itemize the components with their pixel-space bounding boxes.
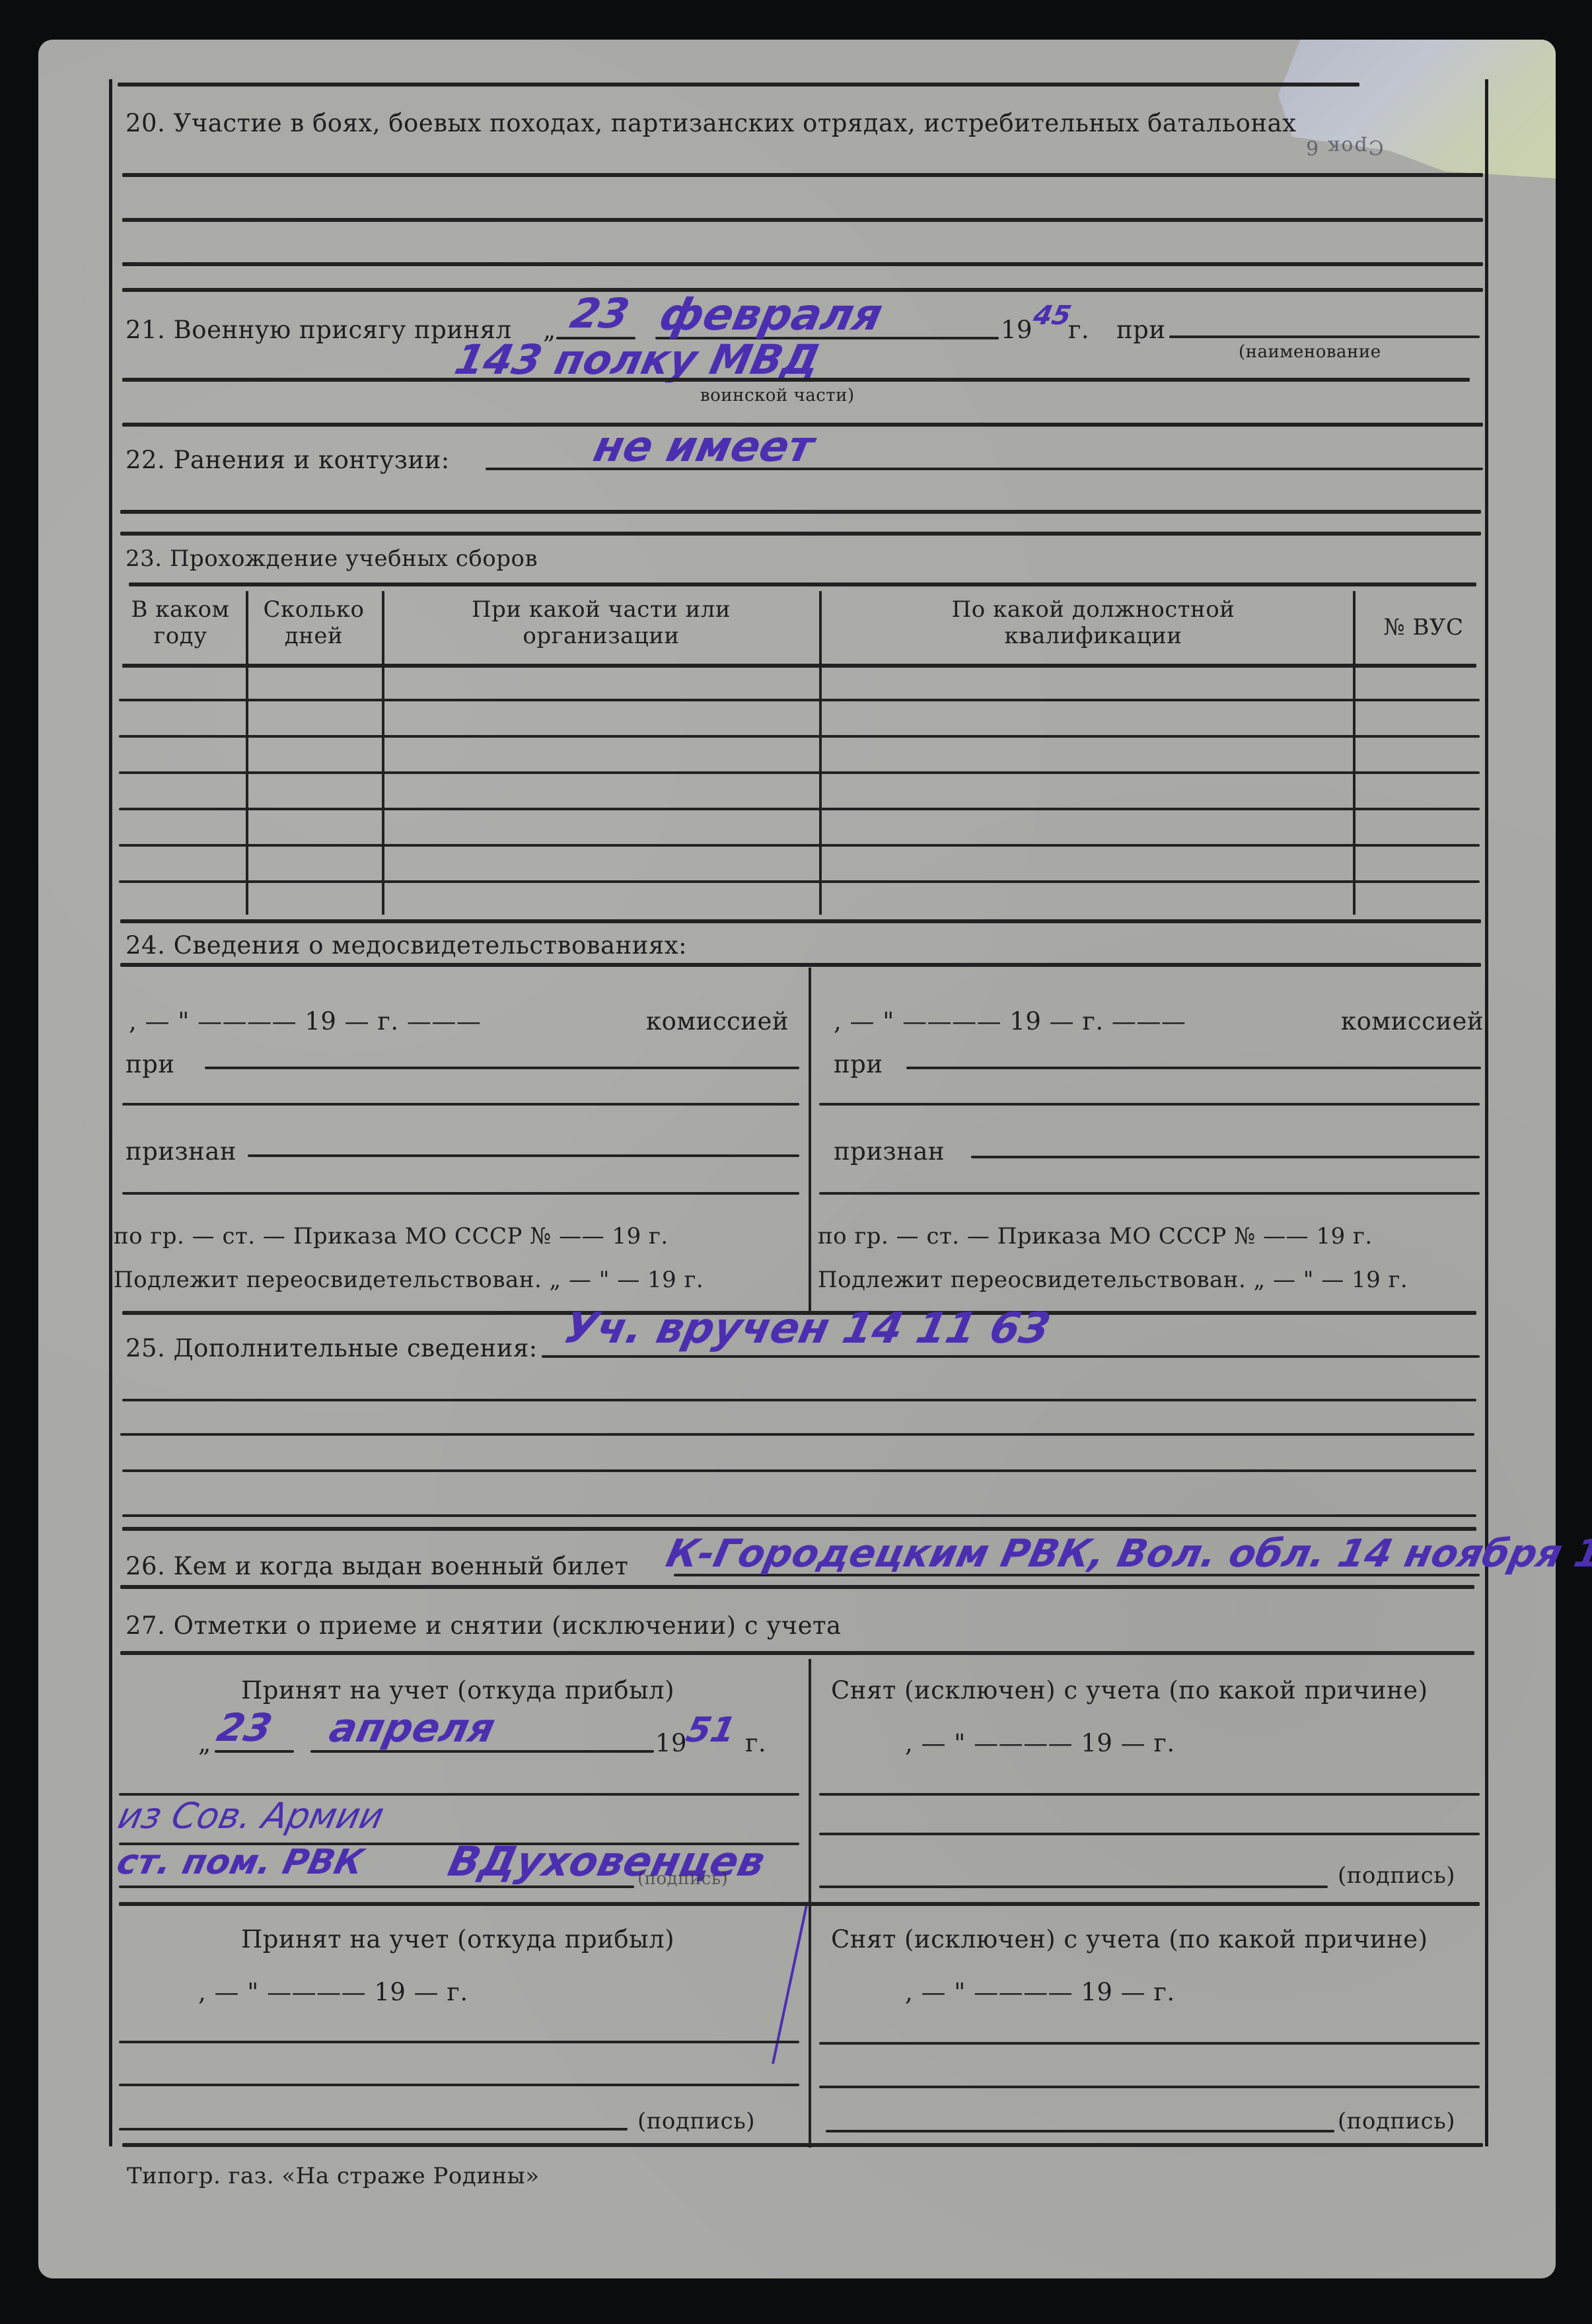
answer-line bbox=[819, 2042, 1480, 2045]
oath-year-suffix: 45 bbox=[1031, 300, 1073, 331]
at-label: при bbox=[834, 1050, 883, 1078]
at-label: при bbox=[126, 1050, 175, 1078]
divider bbox=[120, 532, 1481, 536]
col-divider bbox=[819, 591, 822, 915]
signature-caption: (подпись) bbox=[637, 1869, 728, 1889]
section-22-label: 22. Ранения и контузии: bbox=[126, 446, 450, 474]
year-prefix: 19 bbox=[1001, 316, 1032, 344]
oath-unit: 143 полку МВД bbox=[451, 335, 824, 384]
col-divider bbox=[1353, 591, 1356, 915]
frame-left-border bbox=[109, 79, 112, 2146]
divider bbox=[120, 1651, 1474, 1655]
answer-line bbox=[122, 1469, 1476, 1472]
accepted-by: ст. пом. РВК bbox=[114, 1843, 367, 1882]
answer-line bbox=[122, 262, 1483, 266]
removed-title: Снят (исключен) с учета (по какой причин… bbox=[831, 1676, 1428, 1705]
accepted-title: Принят на учет (откуда прибыл) bbox=[241, 1925, 674, 1954]
answer-line bbox=[122, 1103, 799, 1106]
accepted-title: Принят на учет (откуда прибыл) bbox=[241, 1676, 674, 1705]
divider bbox=[119, 1902, 1480, 1906]
block-divider bbox=[809, 968, 811, 1311]
divider bbox=[118, 83, 1359, 87]
divider bbox=[120, 963, 1481, 967]
section-23-label: 23. Прохождение учебных сборов bbox=[126, 546, 538, 572]
answer-line bbox=[819, 1192, 1480, 1195]
unit-caption-2: воинской части) bbox=[700, 386, 855, 405]
table-row bbox=[119, 880, 1480, 883]
signature-line bbox=[819, 1885, 1328, 1888]
table-row bbox=[119, 699, 1480, 701]
answer-line bbox=[819, 2086, 1480, 2088]
answer-line bbox=[119, 2084, 799, 2086]
section-21-label: 21. Военную присягу принял bbox=[126, 316, 512, 344]
table-row bbox=[119, 735, 1480, 738]
answer-line bbox=[122, 378, 1470, 382]
frame-right-border bbox=[1485, 79, 1488, 2146]
section-26-label: 26. Кем и когда выдан военный билет bbox=[126, 1552, 629, 1580]
removed-title: Снят (исключен) с учета (по какой причин… bbox=[831, 1925, 1428, 1954]
found-label: признан bbox=[126, 1137, 236, 1166]
year-unit: г. bbox=[1068, 316, 1089, 344]
answer-line bbox=[122, 1399, 1476, 1401]
year-prefix: 19 bbox=[655, 1729, 687, 1757]
answer-line bbox=[248, 1154, 799, 1157]
answer-line bbox=[205, 1067, 799, 1069]
table-header-bottom bbox=[122, 664, 1476, 668]
unit-caption-1: (наименование bbox=[1239, 342, 1381, 362]
divider bbox=[120, 1585, 1474, 1589]
section-25-label: 25. Дополнительные сведения: bbox=[126, 1334, 538, 1362]
recheck-line: Подлежит переосвидетельствован. „ — " — … bbox=[114, 1267, 704, 1293]
signature-caption: (подпись) bbox=[637, 2108, 755, 2134]
day-line bbox=[215, 1750, 294, 1753]
signature-line bbox=[119, 2128, 628, 2130]
table-row bbox=[119, 844, 1480, 847]
order-line: по гр. — ст. — Приказа МО СССР № —— 19 г… bbox=[114, 1223, 669, 1250]
commission-label: комиссией bbox=[1341, 1007, 1484, 1036]
exam-date-line: , — " ———— 19 — г. ——— bbox=[129, 1007, 481, 1036]
stamp-mark: Срок 6 bbox=[1305, 135, 1384, 158]
oath-month: февраля bbox=[655, 289, 887, 340]
signature-line bbox=[826, 2130, 1334, 2132]
table-row bbox=[119, 771, 1480, 774]
answer-line bbox=[542, 1355, 1480, 1358]
answer-line bbox=[819, 1103, 1480, 1106]
answer-line bbox=[120, 1433, 1474, 1436]
accepted-date: , — " ———— 19 — г. bbox=[198, 1978, 468, 2006]
answer-line bbox=[906, 1067, 1481, 1069]
additional-info-value: Уч. вручен 14 11 63 bbox=[560, 1304, 1054, 1353]
removed-date: , — " ———— 19 — г. bbox=[905, 1978, 1175, 2006]
signature-caption: (подпись) bbox=[1338, 2108, 1455, 2134]
signature-line bbox=[119, 1885, 634, 1888]
col-header-qualification: По какой должностнойквалификации bbox=[822, 596, 1364, 649]
removed-date: , — " ———— 19 — г. bbox=[905, 1729, 1175, 1757]
signature-caption: (подпись) bbox=[1338, 1862, 1455, 1889]
divider bbox=[120, 919, 1481, 923]
accepted-from: из Сов. Армии bbox=[114, 1795, 387, 1837]
section-27-label: 27. Отметки о приеме и снятии (исключени… bbox=[126, 1611, 842, 1640]
answer-line bbox=[120, 510, 1481, 514]
section-24-label: 24. Сведения о медосвидетельствованиях: bbox=[126, 931, 687, 960]
year-unit: г. bbox=[745, 1729, 766, 1757]
unit-line bbox=[1169, 335, 1480, 338]
answer-line bbox=[119, 2041, 799, 2043]
col-header-vus: № ВУС bbox=[1361, 614, 1486, 641]
table-header-top bbox=[129, 582, 1476, 586]
col-divider bbox=[246, 591, 248, 915]
col-divider bbox=[382, 591, 384, 915]
frame-bottom bbox=[122, 2143, 1483, 2147]
answer-line bbox=[122, 218, 1483, 222]
accepted-day: 23 bbox=[213, 1705, 276, 1750]
order-line: по гр. — ст. — Приказа МО СССР № —— 19 г… bbox=[818, 1223, 1373, 1250]
military-id-issued-value: К-Городецким РВК, Вол. обл. 14 ноября 19… bbox=[663, 1531, 1592, 1576]
answer-line bbox=[122, 1514, 1476, 1517]
col-header-year: В какомгоду bbox=[118, 596, 243, 649]
at-label: при bbox=[1116, 316, 1166, 344]
accepted-year-suffix: 51 bbox=[683, 1710, 739, 1750]
oath-day: 23 bbox=[566, 289, 633, 337]
recheck-line: Подлежит переосвидетельствован. „ — " — … bbox=[818, 1267, 1408, 1293]
answer-line bbox=[122, 173, 1483, 177]
commission-label: комиссией bbox=[646, 1007, 789, 1036]
col-header-days: Сколькодней bbox=[248, 596, 380, 649]
table-row bbox=[119, 808, 1480, 810]
section-20-label: 20. Участие в боях, боевых походах, парт… bbox=[126, 109, 1296, 137]
col-header-unit: При какой части илиорганизации bbox=[383, 596, 819, 649]
answer-line bbox=[819, 1833, 1480, 1835]
wounds-value: не имеет bbox=[589, 423, 818, 472]
printer-imprint: Типогр. газ. «На страже Родины» bbox=[127, 2163, 540, 2189]
found-label: признан bbox=[834, 1137, 945, 1166]
answer-line bbox=[122, 1192, 799, 1195]
exam-date-line: , — " ———— 19 — г. ——— bbox=[834, 1007, 1186, 1036]
accepted-month: апреля bbox=[326, 1705, 499, 1751]
answer-line bbox=[971, 1156, 1480, 1158]
answer-line bbox=[819, 1793, 1480, 1796]
